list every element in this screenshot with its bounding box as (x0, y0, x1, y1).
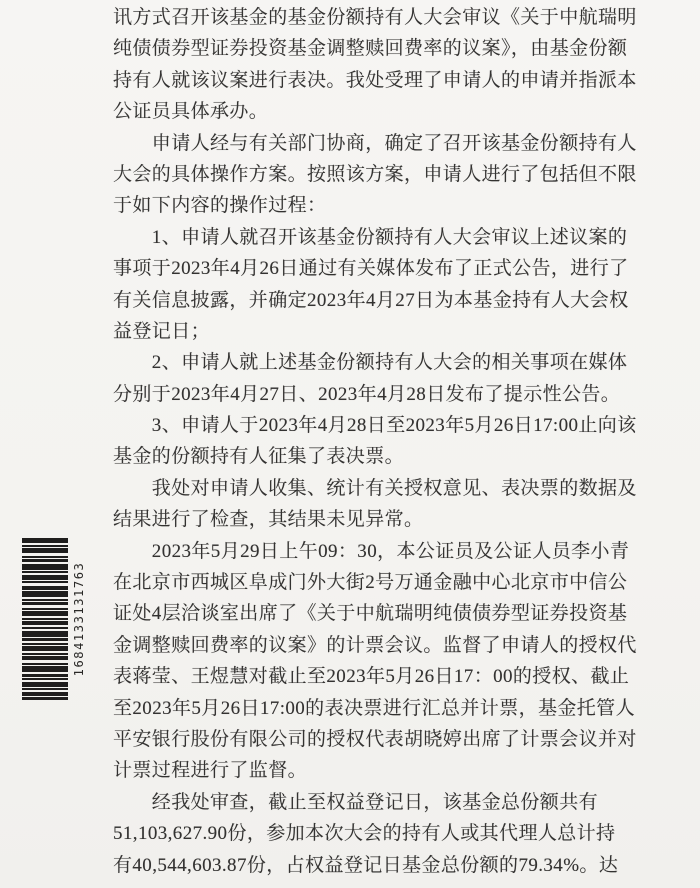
barcode-bar (22, 602, 68, 605)
barcode-bar (22, 674, 68, 677)
barcode-bar (22, 538, 68, 543)
text-line: 事项于2023年4月26日通过有关媒体发布了正式公告，进行了 (113, 253, 679, 284)
text-line: 公证员具体承办。 (113, 96, 679, 127)
text-line: 51,103,627.90份，参加本次大会的持有人或其代理人总计持 (113, 818, 679, 849)
barcode-bar (22, 621, 68, 625)
text-line: 证处4层洽谈室出席了《关于中航瑞明纯债债券型证券投资基 (113, 598, 679, 629)
barcode-bars (22, 538, 68, 700)
text-line: 讯方式召开该基金的基金份额持有人大会审议《关于中航瑞明 (113, 2, 679, 33)
barcode-bar (22, 692, 68, 696)
text-line: 结果进行了检查，其结果未见异常。 (113, 504, 679, 535)
text-line: 经我处审查，截止至权益登记日，该基金总份额共有 (113, 787, 679, 818)
barcode-bar (22, 653, 68, 655)
text-line: 分别于2023年4月27日、2023年4月28日发布了提示性公告。 (113, 379, 679, 410)
barcode-bar (22, 682, 68, 687)
barcode-bar (22, 581, 68, 583)
barcode-bar (22, 559, 68, 562)
text-line: 基金的份额持有人征集了表决票。 (113, 441, 679, 472)
text-line: 2023年5月29日上午09：30，本公证员及公证人员李小青 (113, 536, 679, 567)
barcode-bar (22, 556, 68, 558)
barcode-bar (22, 646, 68, 651)
barcode-bar (22, 678, 68, 680)
text-line: 1、申请人就召开该基金份额持有人大会审议上述议案的 (113, 222, 679, 253)
text-line: 在北京市西城区阜成门外大街2号万通金融中心北京市中信公 (113, 567, 679, 598)
barcode-bar (22, 666, 68, 672)
barcode-bar (22, 618, 68, 620)
barcode-bar (22, 688, 68, 690)
scanned-document-page: 1684133131763 讯方式召开该基金的基金份额持有人大会审议《关于中航瑞… (0, 0, 700, 888)
barcode-bar (22, 638, 68, 641)
text-line: 至2023年5月26日17:00的表决票进行汇总并计票，基金托管人 (113, 693, 679, 724)
text-line: 表蒋莹、王煜慧对截止至2023年5月26日17：00的授权、截止 (113, 661, 679, 692)
barcode-bar (22, 591, 68, 597)
barcode-bar (22, 643, 68, 645)
barcode-bar (22, 586, 68, 590)
barcode-bar (22, 575, 68, 580)
barcode: 1684133131763 (22, 538, 84, 706)
text-line: 3、申请人于2023年4月28日至2023年5月26日17:00止向该 (113, 410, 679, 441)
text-line: 有40,544,603.87份，占权益登记日基金总份额的79.34%。达 (113, 850, 679, 881)
text-line: 申请人经与有关部门协商，确定了召开该基金份额持有人 (113, 128, 679, 159)
text-line: 纯债债券型证券投资基金调整赎回费率的议案》，由基金份额 (113, 33, 679, 64)
barcode-bar (22, 564, 68, 570)
barcode-bar (22, 548, 68, 553)
text-line: 益登记日； (113, 316, 679, 347)
text-line: 大会的具体操作方案。按照该方案，申请人进行了包括但不限 (113, 159, 679, 190)
barcode-bar (22, 545, 68, 547)
barcode-bar (22, 663, 68, 665)
text-line: 平安银行股份有限公司的授权代表胡晓婷出席了计票会议并对 (113, 724, 679, 755)
barcode-bar (22, 599, 68, 601)
barcode-bar (22, 571, 68, 573)
text-line: 我处对申请人收集、统计有关授权意见、表决票的数据及 (113, 473, 679, 504)
text-block: 讯方式召开该基金的基金份额持有人大会审议《关于中航瑞明纯债债券型证券投资基金调整… (113, 2, 679, 881)
barcode-value: 1684133131763 (72, 562, 86, 677)
text-line: 2、申请人就上述基金份额持有人大会的相关事项在媒体 (113, 347, 679, 378)
barcode-bar (22, 611, 68, 616)
barcode-bar (22, 697, 68, 700)
barcode-bar (22, 608, 68, 610)
text-line: 于如下内容的操作过程： (113, 190, 679, 221)
text-line: 金调整赎回费率的议案》的计票会议。监督了申请人的授权代 (113, 630, 679, 661)
barcode-bar (22, 631, 68, 637)
text-line: 计票过程进行了监督。 (113, 755, 679, 786)
text-line: 持有人就该议案进行表决。我处受理了申请人的申请并指派本 (113, 65, 679, 96)
text-line: 有关信息披露，并确定2023年4月27日为本基金持有人大会权 (113, 285, 679, 316)
barcode-bar (22, 656, 68, 660)
barcode-bar (22, 627, 68, 629)
